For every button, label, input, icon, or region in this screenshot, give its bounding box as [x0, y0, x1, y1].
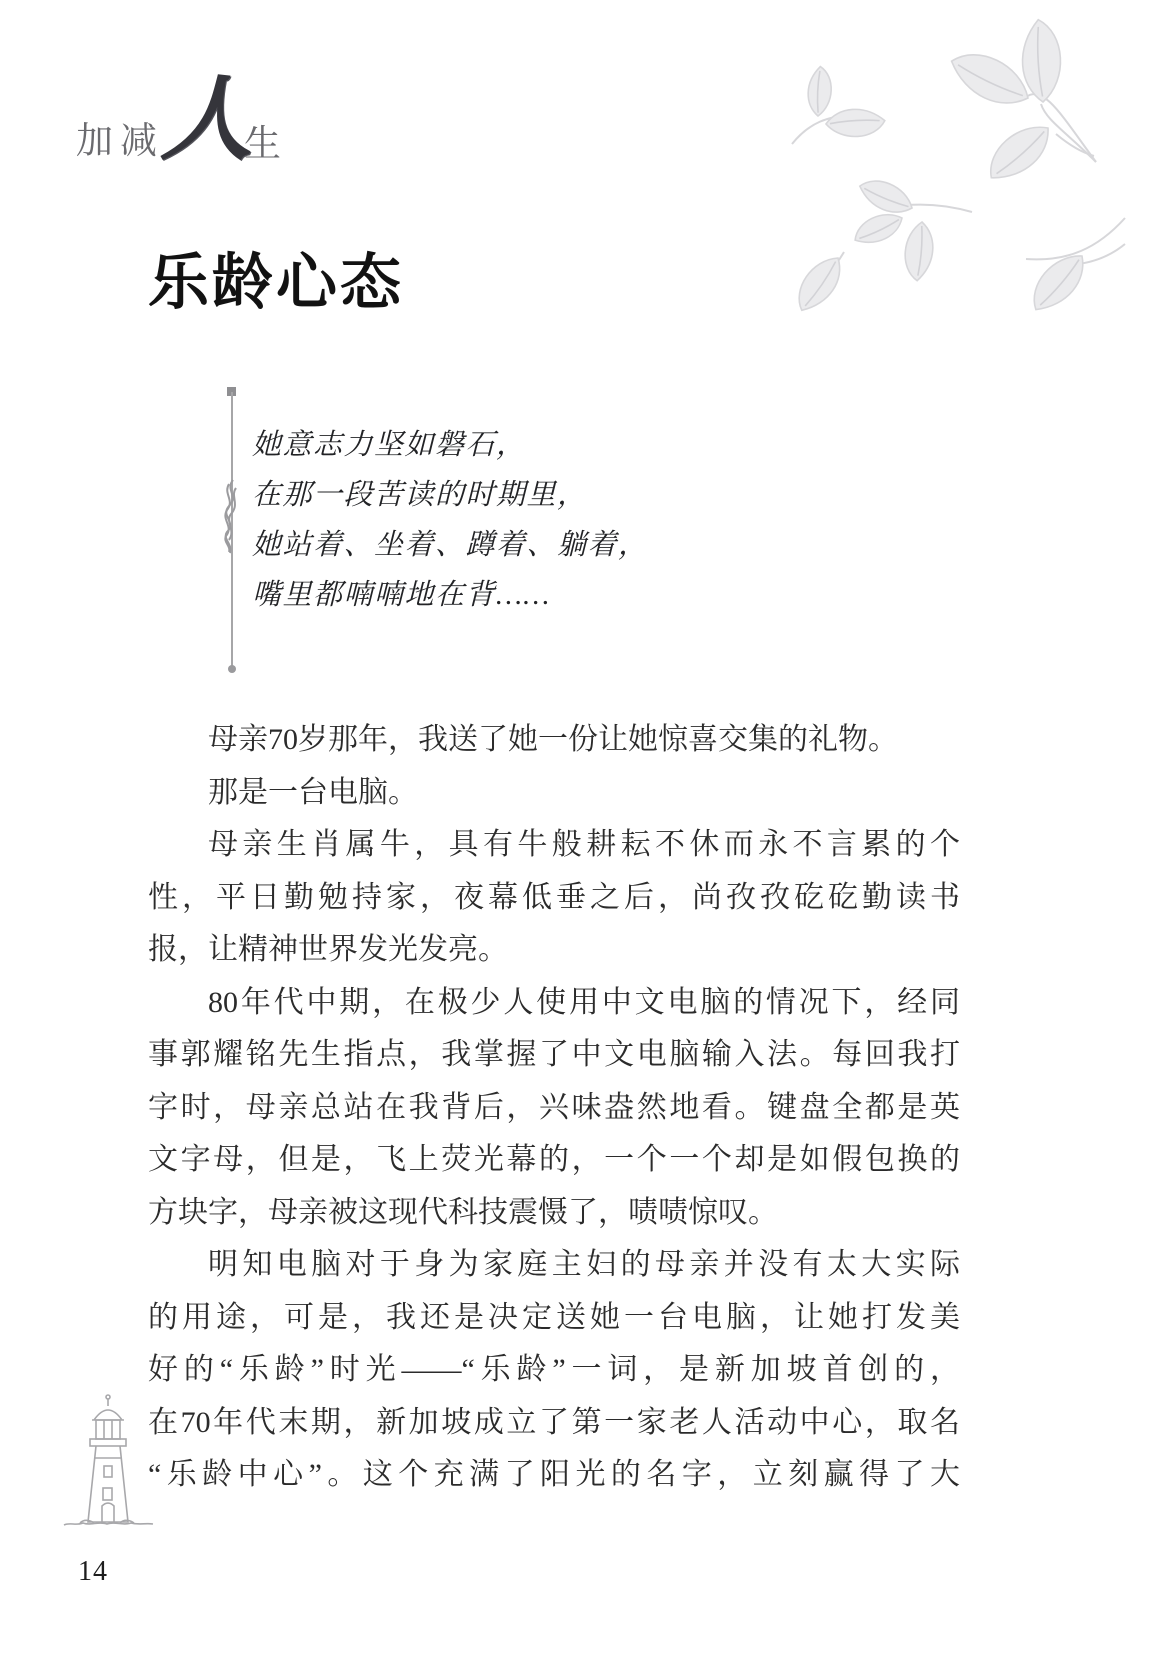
- body-line: 的用途，可是，我还是决定送她一台电脑，让她打发美: [148, 1292, 960, 1345]
- lighthouse-icon: [58, 1392, 158, 1562]
- quote-line: 在那一段苦读的时期里，: [252, 470, 812, 520]
- body-line: “乐龄中心”。这个充满了阳光的名字，立刻赢得了大: [148, 1449, 960, 1502]
- body-line: 文字母，但是，飞上荧光幕的，一个一个却是如假包换的: [148, 1134, 960, 1187]
- body-line: 报，让精神世界发光发亮。: [148, 924, 960, 977]
- body-line: 在70年代末期，新加坡成立了第一家老人活动中心，取名: [148, 1397, 960, 1450]
- body-line: 80年代中期，在极少人使用中文电脑的情况下，经同: [148, 977, 960, 1030]
- quote-line: 嘴里都喃喃地在背……: [252, 570, 812, 620]
- leaves-decoration-icon: [726, 12, 1166, 312]
- quote-line: 她意志力坚如磐石，: [252, 420, 812, 470]
- quote-rule-bottom-cap: [228, 665, 236, 673]
- vine-knot-icon: [216, 478, 248, 556]
- logo-text-sheng: 生: [244, 113, 288, 167]
- book-page: 加减 人 生 乐龄心态: [0, 0, 1166, 1654]
- body-line: 字时，母亲总站在我背后，兴味盎然地看。键盘全都是英: [148, 1082, 960, 1135]
- body-line: 那是一台电脑。: [148, 767, 960, 820]
- page-number: 14: [78, 1556, 108, 1588]
- body-line: 性，平日勤勉持家，夜幕低垂之后，尚孜孜矻矻勤读书: [148, 872, 960, 925]
- body-text: 母亲70岁那年，我送了她一份让她惊喜交集的礼物。 那是一台电脑。 母亲生肖属牛，…: [148, 714, 960, 1502]
- body-line: 方块字，母亲被这现代科技震慑了，啧啧惊叹。: [148, 1187, 960, 1240]
- quote-block: 她意志力坚如磐石， 在那一段苦读的时期里， 她站着、坐着、蹲着、躺着， 嘴里都喃…: [252, 420, 812, 620]
- quote-line: 她站着、坐着、蹲着、躺着，: [252, 520, 812, 570]
- series-logo: 加减 人 生: [76, 84, 336, 179]
- logo-ren-brush-glyph: 人: [160, 74, 252, 166]
- body-line: 母亲70岁那年，我送了她一份让她惊喜交集的礼物。: [148, 714, 960, 767]
- body-line: 事郭耀铭先生指点，我掌握了中文电脑输入法。每回我打: [148, 1029, 960, 1082]
- body-line: 好的“乐龄”时光——“乐龄”一词，是新加坡首创的，: [148, 1344, 960, 1397]
- logo-text-jiajian: 加减: [76, 110, 164, 164]
- body-line: 明知电脑对于身为家庭主妇的母亲并没有太大实际: [148, 1239, 960, 1292]
- chapter-title: 乐龄心态: [148, 248, 404, 320]
- body-line: 母亲生肖属牛，具有牛般耕耘不休而永不言累的个: [148, 819, 960, 872]
